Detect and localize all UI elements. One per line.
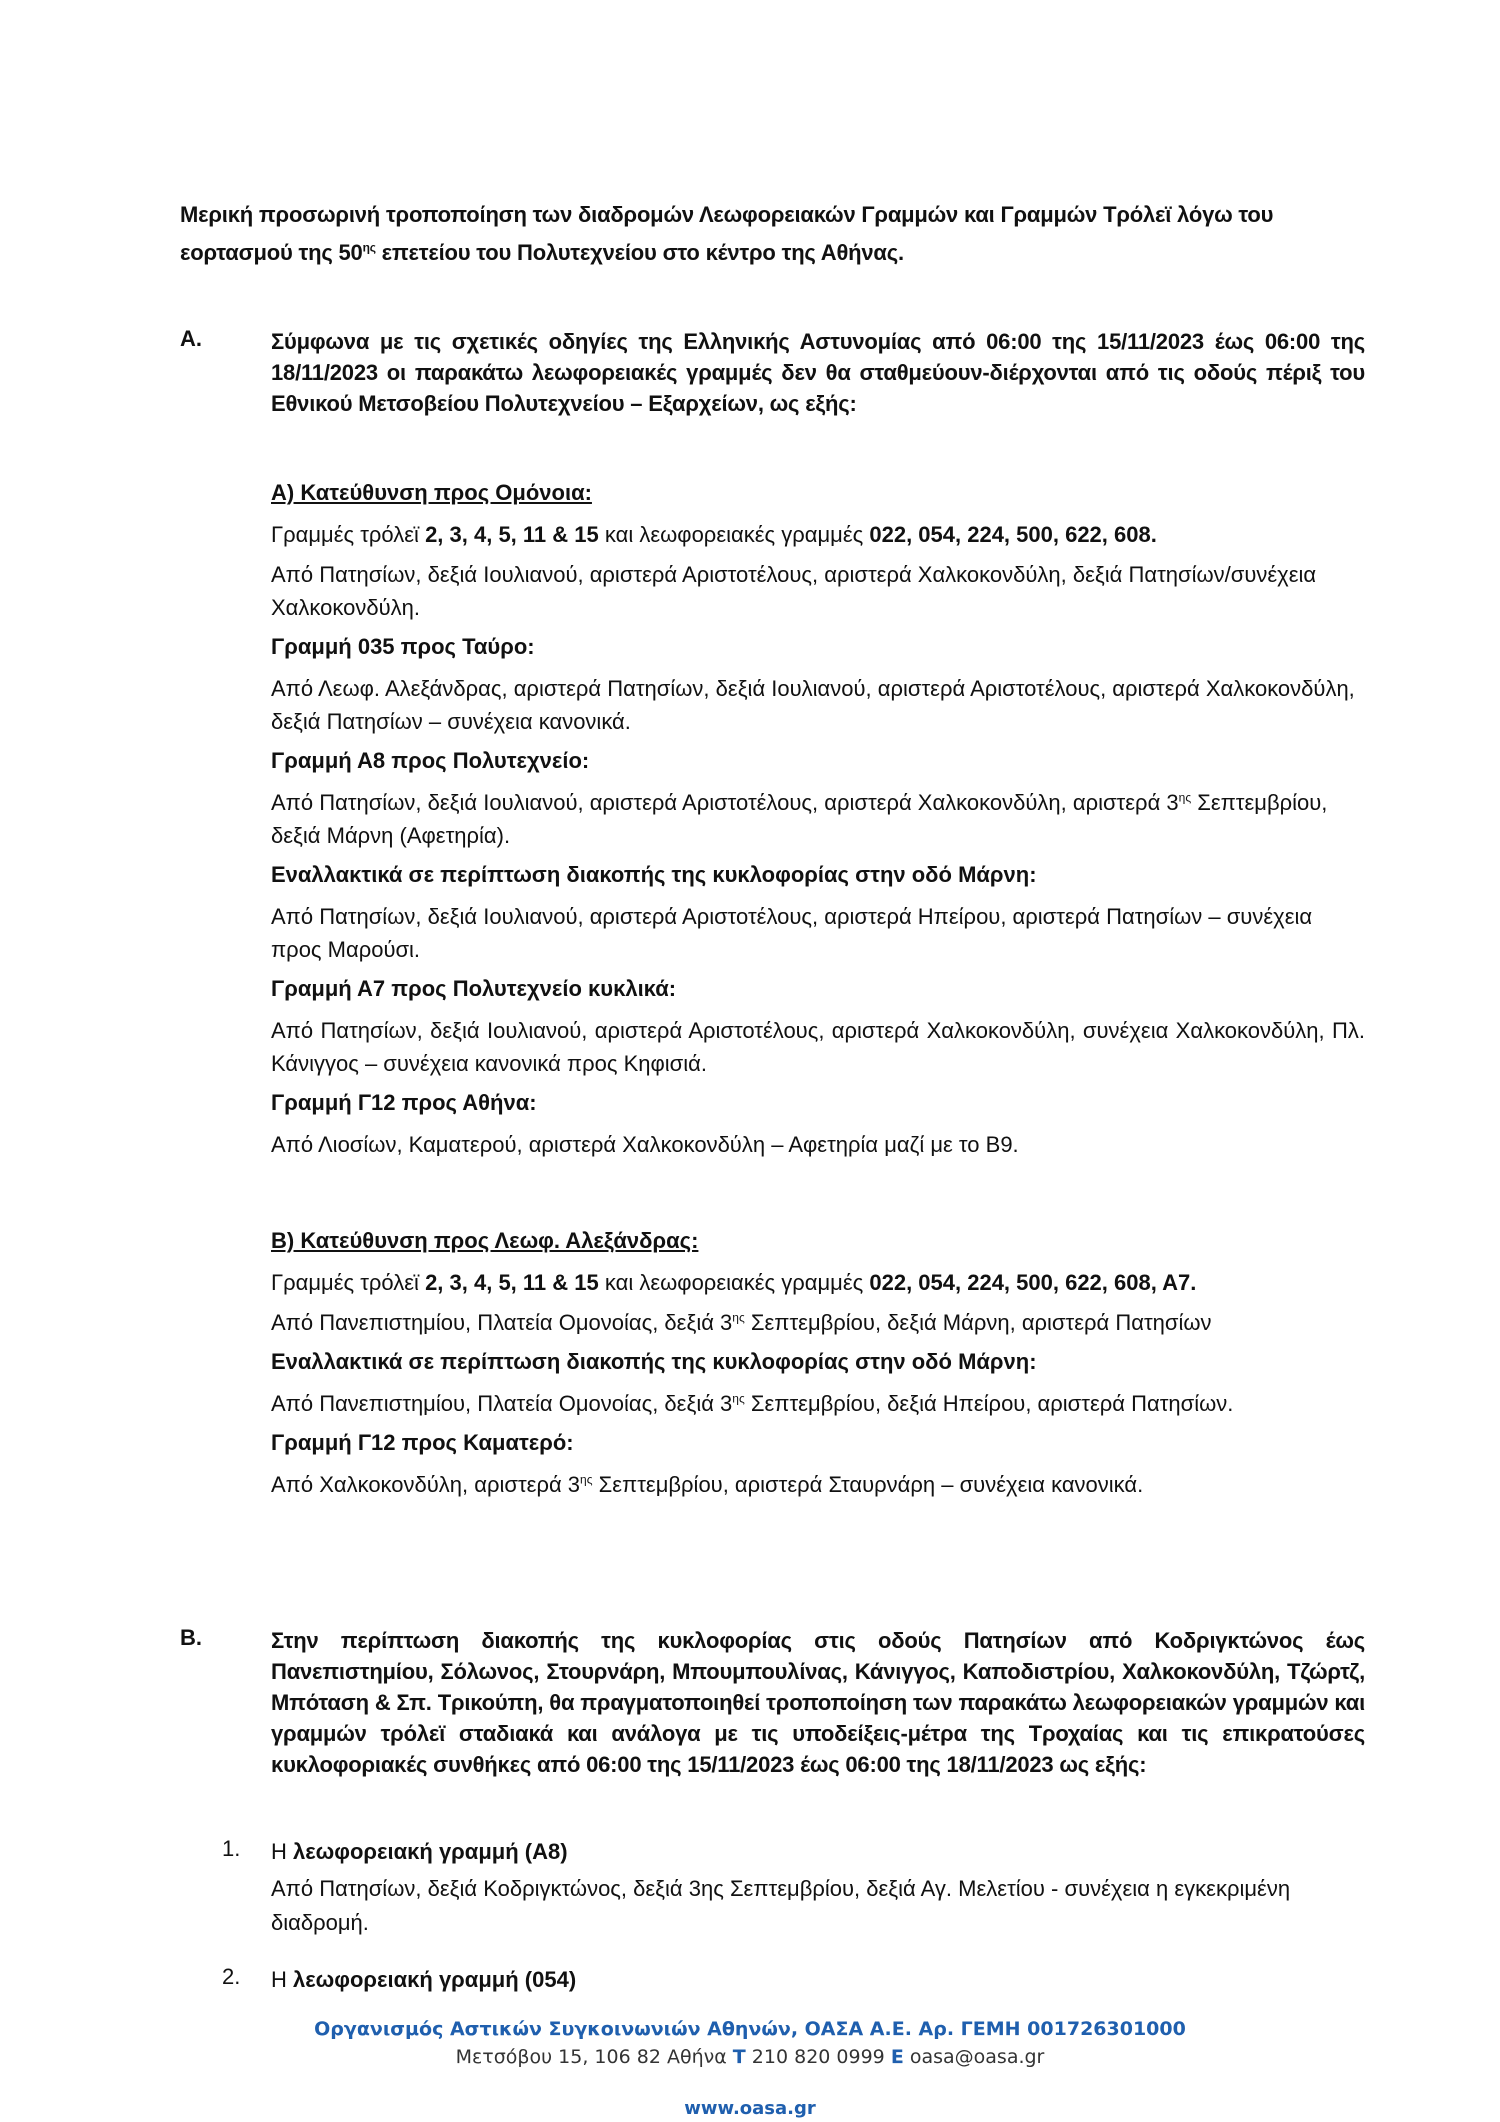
route-text: Από Χαλκοκονδύλη, αριστερά 3 <box>271 1472 580 1497</box>
list-item-heading: Η λεωφορειακή γραμμή (054) <box>271 1964 1365 1996</box>
line-g12-route: Από Λιοσίων, Καματερού, αριστερά Χαλκοκο… <box>271 1128 1365 1161</box>
route-text-end: Σεπτεμβρίου, δεξιά Ηπείρου, αριστερά Πατ… <box>745 1391 1234 1416</box>
list-prefix: Η <box>271 1967 293 1992</box>
superscript: ης <box>1179 791 1191 805</box>
direction-b-route: Από Πανεπιστημίου, Πλατεία Ομονοίας, δεξ… <box>271 1306 1365 1339</box>
email-label: Ε <box>891 2046 904 2068</box>
bus-lines: 022, 054, 224, 500, 622, 608. <box>869 522 1156 547</box>
section-b-letter: Β. <box>180 1625 202 1651</box>
line-035-route: Από Λεωφ. Αλεξάνδρας, αριστερά Πατησίων,… <box>271 672 1365 738</box>
direction-b: Β) Κατεύθυνση προς Λεωφ. Αλεξάνδρας: Γρα… <box>271 1226 1365 1509</box>
section-b: Β. Στην περίπτωση διακοπής της κυκλοφορί… <box>180 1625 1365 1780</box>
direction-b-heading: Β) Κατεύθυνση προς Λεωφ. Αλεξάνδρας: <box>271 1226 1365 1256</box>
lines-prefix: Γραμμές τρόλεϊ <box>271 1270 425 1295</box>
trolley-lines: 2, 3, 4, 5, 11 & 15 <box>425 522 599 547</box>
route-text-end: Σεπτεμβρίου, αριστερά Σταυρνάρη – συνέχε… <box>593 1472 1144 1497</box>
footer-phone: 210 820 0999 <box>746 2046 891 2068</box>
footer-address: Μετσόβου 15, 106 82 Αθήνα <box>456 2046 733 2068</box>
superscript: ης <box>363 241 376 255</box>
line-a7-heading: Γραμμή Α7 προς Πολυτεχνείο κυκλικά: <box>271 974 1365 1004</box>
superscript: ης <box>732 1311 744 1325</box>
document-title: Μερική προσωρινή τροποποίηση των διαδρομ… <box>180 196 1365 272</box>
direction-b-lines: Γραμμές τρόλεϊ 2, 3, 4, 5, 11 & 15 και λ… <box>271 1266 1365 1300</box>
section-b-text: Στην περίπτωση διακοπής της κυκλοφορίας … <box>271 1625 1365 1780</box>
footer-website[interactable]: www.oasa.gr <box>0 2098 1500 2119</box>
trolley-lines: 2, 3, 4, 5, 11 & 15 <box>425 1270 599 1295</box>
list-prefix: Η <box>271 1839 293 1864</box>
alt-route-a: Από Πατησίων, δεξιά Ιουλιανού, αριστερά … <box>271 900 1365 966</box>
superscript: ης <box>732 1392 744 1406</box>
alt-heading-a: Εναλλακτικά σε περίπτωση διακοπής της κυ… <box>271 860 1365 890</box>
bus-lines: 022, 054, 224, 500, 622, 608, Α7. <box>869 1270 1196 1295</box>
list-number: 1. <box>222 1836 240 1862</box>
section-a: Α. Σύμφωνα με τις σχετικές οδηγίες της Ε… <box>180 326 1365 419</box>
list-line-name: λεωφορειακή γραμμή (054) <box>293 1967 576 1992</box>
route-text: Από Πανεπιστημίου, Πλατεία Ομονοίας, δεξ… <box>271 1391 732 1416</box>
section-b-list: 1. Η λεωφορειακή γραμμή (Α8) Από Πατησίω… <box>222 1836 1365 1996</box>
lines-prefix: Γραμμές τρόλεϊ <box>271 522 425 547</box>
list-line-name: λεωφορειακή γραμμή (Α8) <box>293 1839 568 1864</box>
line-a8-route: Από Πατησίων, δεξιά Ιουλιανού, αριστερά … <box>271 786 1365 852</box>
direction-a: Α) Κατεύθυνση προς Ομόνοια: Γραμμές τρόλ… <box>271 478 1365 1169</box>
line-035-heading: Γραμμή 035 προς Ταύρο: <box>271 632 1365 662</box>
list-item-heading: Η λεωφορειακή γραμμή (Α8) <box>271 1836 1365 1868</box>
list-item: 2. Η λεωφορειακή γραμμή (054) <box>222 1964 1365 1996</box>
superscript: ης <box>580 1473 592 1487</box>
line-g12-heading: Γραμμή Γ12 προς Αθήνα: <box>271 1088 1365 1118</box>
list-item-route: Από Πατησίων, δεξιά Κοδριγκτώνος, δεξιά … <box>271 1872 1365 1940</box>
list-number: 2. <box>222 1964 240 1990</box>
footer-email[interactable]: oasa@oasa.gr <box>904 2046 1045 2068</box>
section-a-letter: Α. <box>180 326 202 352</box>
alt-heading-b: Εναλλακτικά σε περίπτωση διακοπής της κυ… <box>271 1347 1365 1377</box>
section-a-text: Σύμφωνα με τις σχετικές οδηγίες της Ελλη… <box>271 326 1365 419</box>
phone-label: Τ <box>733 2046 746 2068</box>
direction-a-route: Από Πατησίων, δεξιά Ιουλιανού, αριστερά … <box>271 558 1365 624</box>
lines-middle: και λεωφορειακές γραμμές <box>599 1270 870 1295</box>
document-page: Μερική προσωρινή τροποποίηση των διαδρομ… <box>0 0 1500 2122</box>
line-a8-heading: Γραμμή Α8 προς Πολυτεχνείο: <box>271 746 1365 776</box>
footer-contact: Μετσόβου 15, 106 82 Αθήνα Τ 210 820 0999… <box>0 2046 1500 2068</box>
line-g12-b-heading: Γραμμή Γ12 προς Καματερό: <box>271 1428 1365 1458</box>
list-item: 1. Η λεωφορειακή γραμμή (Α8) Από Πατησίω… <box>222 1836 1365 1940</box>
direction-a-heading: Α) Κατεύθυνση προς Ομόνοια: <box>271 478 1365 508</box>
route-text-end: Σεπτεμβρίου, δεξιά Μάρνη, αριστερά Πατησ… <box>745 1310 1212 1335</box>
title-text-end: επετείου του Πολυτεχνείου στο κέντρο της… <box>376 240 904 265</box>
footer-org: Οργανισμός Αστικών Συγκοινωνιών Αθηνών, … <box>0 2018 1500 2040</box>
route-text: Από Πατησίων, δεξιά Ιουλιανού, αριστερά … <box>271 790 1179 815</box>
direction-a-lines: Γραμμές τρόλεϊ 2, 3, 4, 5, 11 & 15 και λ… <box>271 518 1365 552</box>
line-g12-b-route: Από Χαλκοκονδύλη, αριστερά 3ης Σεπτεμβρί… <box>271 1468 1365 1501</box>
alt-route-b: Από Πανεπιστημίου, Πλατεία Ομονοίας, δεξ… <box>271 1387 1365 1420</box>
lines-middle: και λεωφορειακές γραμμές <box>599 522 870 547</box>
line-a7-route: Από Πατησίων, δεξιά Ιουλιανού, αριστερά … <box>271 1014 1365 1080</box>
route-text: Από Πανεπιστημίου, Πλατεία Ομονοίας, δεξ… <box>271 1310 732 1335</box>
